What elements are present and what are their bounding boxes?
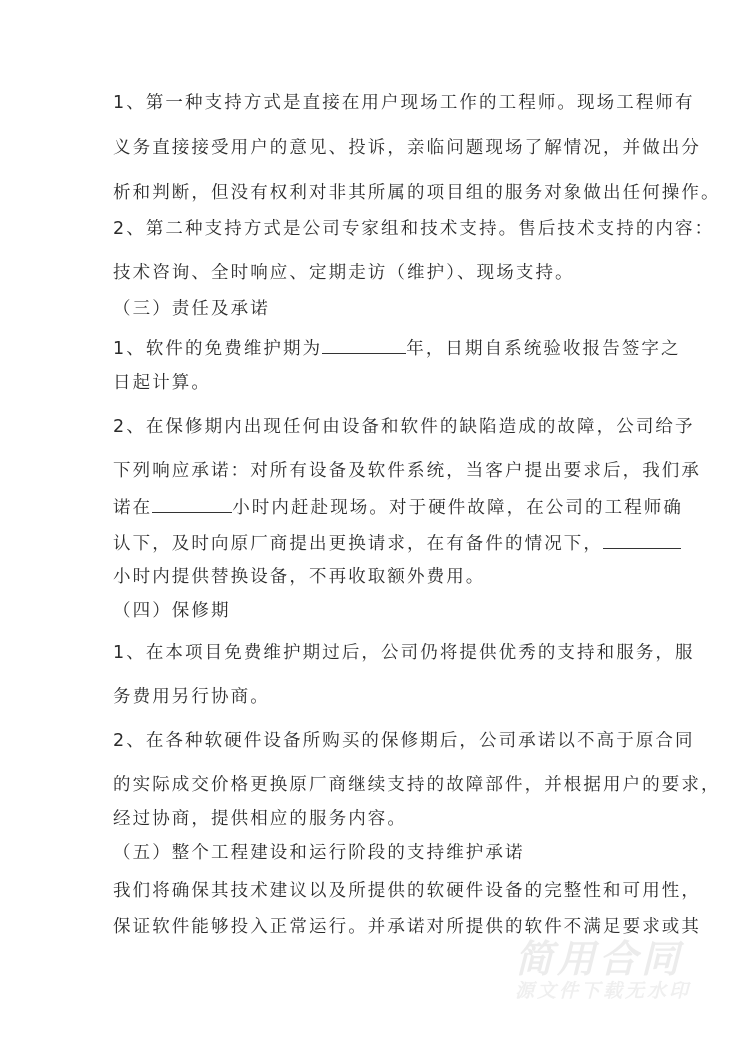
fill-in-blank <box>322 337 406 354</box>
paragraph-line: 经过协商，提供相应的服务内容。 <box>113 808 407 830</box>
text-after-blank: 年，日期自系统验收报告签字之 <box>406 339 680 359</box>
paragraph-line: 1、在本项目免费维护期过后，公司仍将提供优秀的支持和服务，服 <box>113 642 695 664</box>
paragraph-line: 我们将确保其技术建议以及所提供的软硬件设备的完整性和可用性， <box>113 880 701 902</box>
paragraph-line: 下列响应承诺：对所有设备及软件系统，当客户提出要求后，我们承 <box>113 460 701 482</box>
paragraph-line-with-blank: 认下，及时向原厂商提出更换请求，在有备件的情况下， <box>113 532 681 555</box>
fill-in-blank <box>603 532 681 549</box>
paragraph-line: 的实际成交价格更换原厂商继续支持的故障部件，并根据用户的要求， <box>113 774 721 796</box>
text-before-blank: 1、软件的免费维护期为 <box>113 339 322 359</box>
paragraph-line: 2、在各种软硬件设备所购买的保修期后，公司承诺以不高于原合同 <box>113 730 695 752</box>
watermark-title: 简用合同 <box>515 928 683 983</box>
text-after-blank: 小时内赶赴现场。对于硬件故障，在公司的工程师确 <box>232 498 683 518</box>
paragraph-line: 技术咨询、全时响应、定期走访（维护）、现场支持。 <box>113 262 575 284</box>
paragraph-line: 2、第二种支持方式是公司专家组和技术支持。售后技术支持的内容： <box>113 218 714 240</box>
paragraph-line: 日起计算。 <box>113 372 211 394</box>
paragraph-line: 小时内提供替换设备，不再收取额外费用。 <box>113 566 485 588</box>
text-before-blank: 诺在 <box>113 498 152 518</box>
paragraph-line: 务费用另行协商。 <box>113 686 270 708</box>
paragraph-line: 1、第一种支持方式是直接在用户现场工作的工程师。现场工程师有 <box>113 92 695 114</box>
section-heading-3: （三）责任及承诺 <box>113 298 270 320</box>
paragraph-line-with-blank: 诺在小时内赶赴现场。对于硬件故障，在公司的工程师确 <box>113 496 683 519</box>
paragraph-line: 义务直接接受用户的意见、投诉，亲临问题现场了解情况，并做出分 <box>113 137 701 159</box>
watermark-subtitle: 源文件下载无水印 <box>515 976 691 1003</box>
fill-in-blank <box>152 496 232 513</box>
section-heading-5: （五）整个工程建设和运行阶段的支持维护承诺 <box>113 842 525 864</box>
paragraph-line-with-blank: 1、软件的免费维护期为年，日期自系统验收报告签字之 <box>113 337 681 360</box>
paragraph-line: 析和判断，但没有权利对非其所属的项目组的服务对象做出任何操作。 <box>113 182 721 204</box>
section-heading-4: （四）保修期 <box>113 600 231 622</box>
document-page: 1、第一种支持方式是直接在用户现场工作的工程师。现场工程师有 义务直接接受用户的… <box>0 0 742 1049</box>
paragraph-line: 2、在保修期内出现任何由设备和软件的缺陷造成的故障，公司给予 <box>113 416 695 438</box>
paragraph-text: 认下，及时向原厂商提出更换请求，在有备件的情况下， <box>113 534 603 554</box>
